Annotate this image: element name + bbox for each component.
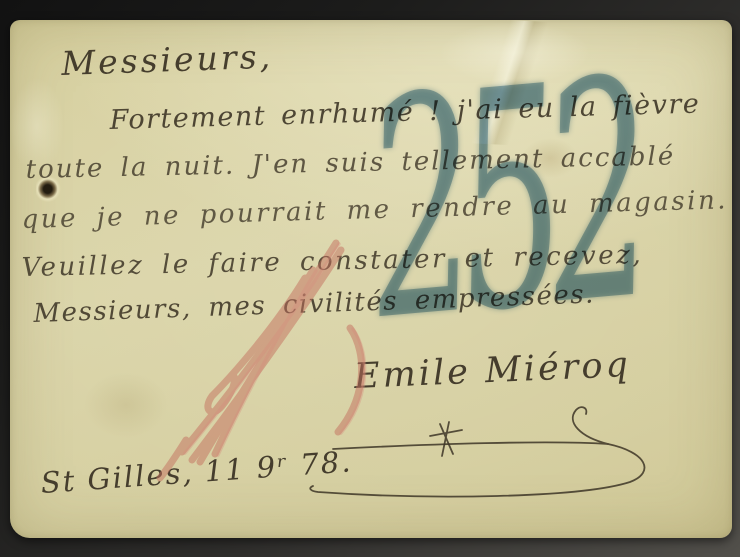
salutation-line: Messieurs,: [61, 39, 274, 83]
dateline: St Gilles, 11 9ʳ 78.: [40, 446, 354, 500]
signature-flourish: [310, 407, 644, 496]
postcard: Messieurs, Fortement enrhumé ! j'ai eu l…: [10, 20, 732, 538]
light-patch: [440, 22, 590, 84]
handwritten-line: Veuillez le faire constater et recevez,: [21, 241, 643, 283]
stain-spot: [84, 372, 168, 438]
handwritten-line: Messieurs, mes civilités empressées.: [33, 280, 595, 328]
photo-mat: Messieurs, Fortement enrhumé ! j'ai eu l…: [0, 0, 740, 557]
signature: Emile Miéroq: [353, 346, 631, 397]
handwritten-line: que je ne pourrait me rendre au magasin.: [21, 186, 728, 234]
handwritten-line: Fortement enrhumé ! j'ai eu la fièvre: [109, 90, 701, 136]
handwritten-line: toute la nuit. J'en suis tellement accab…: [25, 142, 675, 184]
paraphe-mark: [430, 422, 462, 456]
